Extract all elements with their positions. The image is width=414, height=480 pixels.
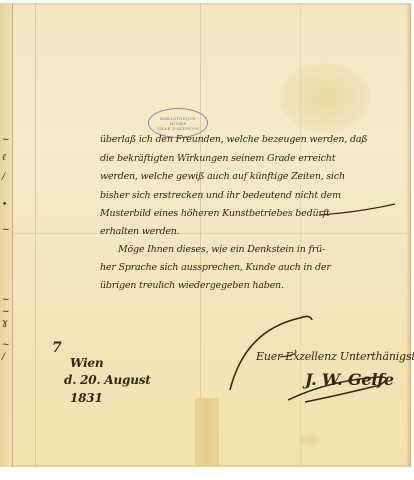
repair-tape bbox=[195, 398, 219, 467]
